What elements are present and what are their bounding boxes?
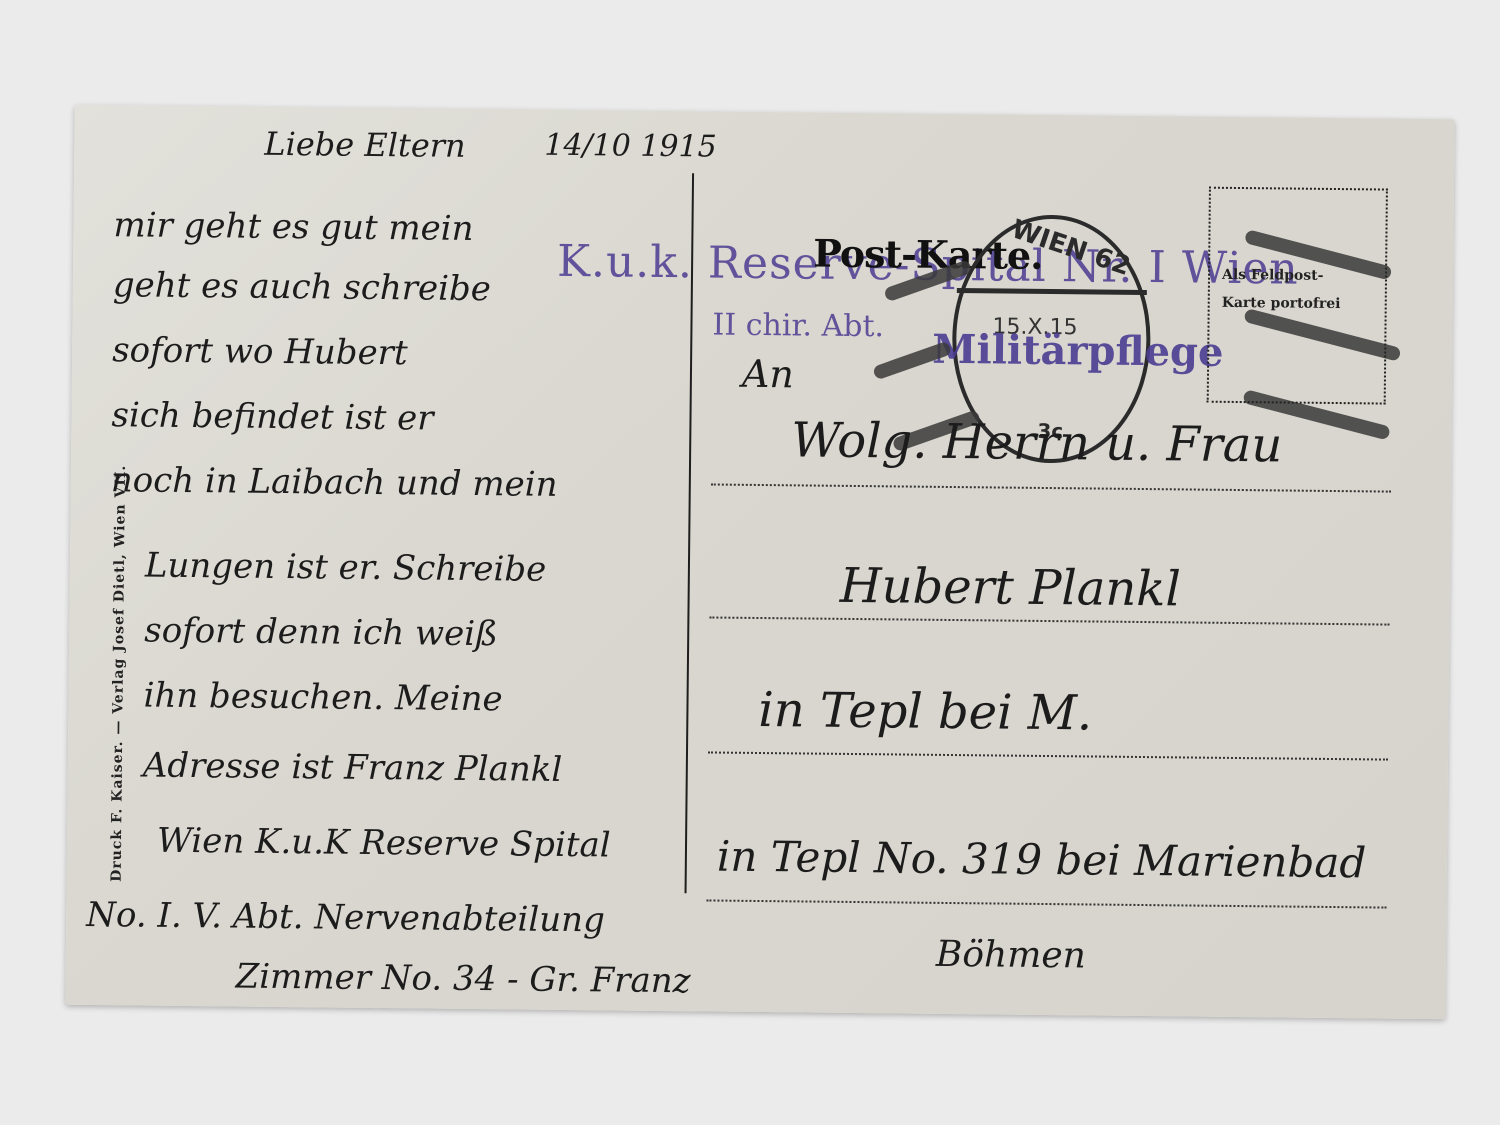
message-line: noch in Laibach und mein bbox=[111, 460, 558, 505]
address-line: Böhmen bbox=[936, 934, 1086, 977]
address-rule bbox=[706, 899, 1386, 908]
message-line: Wien K.u.K Reserve Spital bbox=[157, 821, 611, 866]
address-line: Wolg. Herrn u. Frau bbox=[791, 412, 1283, 473]
address-rule bbox=[711, 483, 1391, 492]
message-line: Adresse ist Franz Plankl bbox=[143, 746, 563, 790]
message-line: sofort denn ich weiß bbox=[144, 611, 498, 655]
address-line: in Tepl bei M. bbox=[758, 682, 1092, 741]
address-line: Hubert Plankl bbox=[839, 558, 1181, 618]
message-line: mir geht es gut mein bbox=[113, 205, 473, 249]
stamp-box: Als Feldpost- Karte portofrei bbox=[1207, 187, 1388, 405]
message-line: sich befindet ist er bbox=[111, 395, 433, 438]
message-line: No. I. V. Abt. Nervenabteilung bbox=[86, 895, 605, 940]
message-line: sofort wo Hubert bbox=[112, 330, 408, 373]
stamp-box-text: Karte portofrei bbox=[1222, 295, 1341, 312]
message-date: 14/10 1915 bbox=[544, 128, 717, 165]
hospital-cachet-line3: Militärpflege bbox=[932, 326, 1224, 376]
address-rule bbox=[709, 616, 1389, 625]
postmark-city: WIEN 62 bbox=[1008, 214, 1134, 282]
postmark-bar bbox=[957, 288, 1147, 295]
hospital-cachet-line2: II chir. Abt. bbox=[712, 307, 884, 344]
message-line: Lungen ist er. Schreibe bbox=[145, 546, 547, 590]
message-line: Zimmer No. 34 - Gr. Franz bbox=[235, 957, 690, 1002]
message-line: geht es auch schreibe bbox=[113, 265, 491, 309]
address-rule bbox=[708, 751, 1388, 760]
greeting: Liebe Eltern bbox=[264, 125, 466, 165]
address-prefix: An bbox=[742, 352, 794, 397]
address-line: in Tepl No. 319 bei Marienbad bbox=[717, 832, 1367, 888]
stamp-box-text: Als Feldpost- bbox=[1222, 267, 1324, 284]
postcard: Druck F. Kaiser. — Verlag Josef Dietl, W… bbox=[65, 105, 1454, 1019]
message-line: ihn besuchen. Meine bbox=[143, 676, 503, 720]
